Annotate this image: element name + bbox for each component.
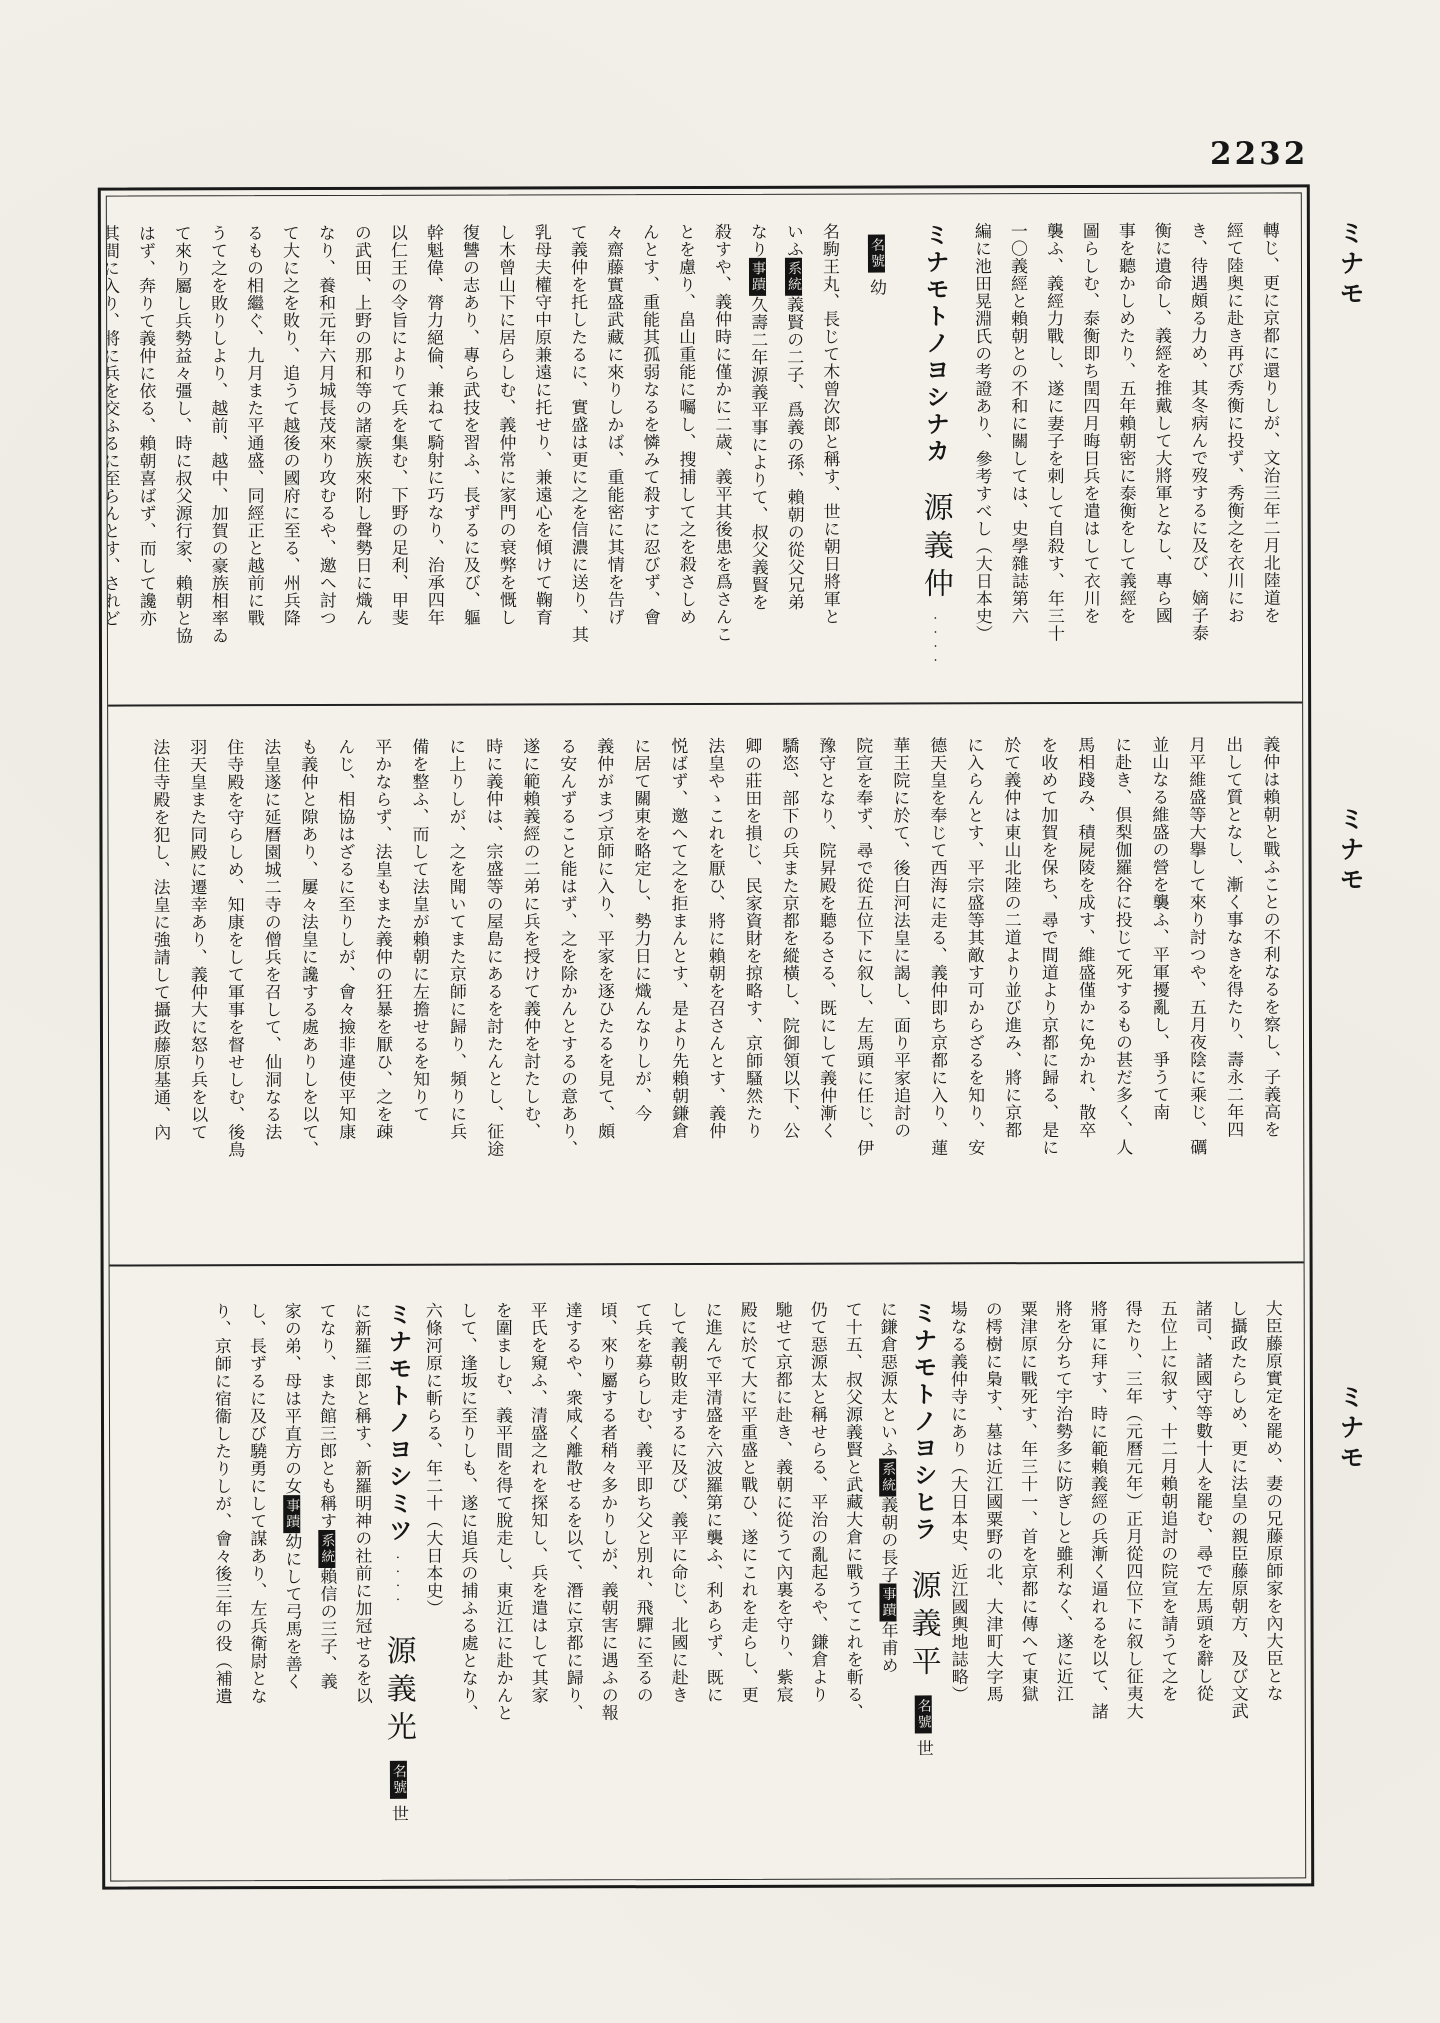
text-column: に上りしが、之を聞いてまた京師に歸り、頻りに兵	[437, 738, 475, 1256]
section-yoshihira-and-yoshimitsu: 大臣藤原實定を罷め、妻の兄藤原師家を內大臣となし攝政たらしめ、更に法皇の親臣藤原…	[110, 1261, 1306, 1880]
entry-kana-title: ミナモトノヨシミツ	[384, 1302, 412, 1545]
content-frame-inner: 轉じ、更に京都に還りしが、文治三年二月北陸道を經て陸奥に赴き再び秀衡に投ず、秀衡…	[106, 192, 1306, 1881]
text-column: に進んで平清盛を六波羅第に襲ふ、利あらず、既に	[695, 1301, 731, 1871]
thumb-index-tab: ミナモ	[1332, 806, 1368, 896]
text-column: を圍ましむ、義平間を得て脫走し、東近江に赴かんと	[485, 1301, 521, 1871]
text-column: 復讐の志あり、專ら武技を習ふ、長ずるに及び、軀	[451, 224, 488, 696]
text-column: 其間に入り、將に兵を交ふるに至らんとす、されど	[107, 225, 128, 697]
text-column: 備を整ふ、而して法皇が賴朝に左擔せるを知りて	[400, 738, 438, 1256]
text-column: 法皇やゝこれを厭ひ、將に賴朝を召さんとす、義仲	[696, 737, 734, 1255]
text-column: 經て陸奥に赴き再び秀衡に投ず、秀衡之を衣川にお	[1215, 222, 1252, 694]
text-column: て兵を募らしむ、義平即ち父と別れ、飛驒に至るの	[625, 1301, 661, 1871]
text-column: 五位上に叙す、十二月賴朝追討の院宣を請うて之を	[1150, 1300, 1186, 1870]
text-column: 殿に於て大に平重盛と戰ひ、遂にこれを走らし、更	[730, 1301, 766, 1871]
text-column: 遂に範賴義經の二弟に兵を授けて義仲を討たしむ、	[511, 737, 549, 1255]
text-column: し木曾山下に居らしむ、義仲常に家門の衰弊を慨し	[487, 223, 524, 695]
text-column: 乳母夫權守中原兼遠に托せり、兼遠心を傾けて鞠育	[523, 223, 560, 695]
text-column: 圖らしむ、泰衡即ち閏四月晦日兵を遣はして衣川を	[1071, 222, 1108, 694]
scanned-book-page: 2232 ミナモ ミナモ ミナモ 轉じ、更に京都に還りしが、文治三年二月北陸道を…	[0, 0, 1440, 2023]
field-label: 名號	[915, 1695, 932, 1733]
lead-character: 世	[389, 1805, 408, 1823]
emphasis-dots: ・・・・	[930, 613, 940, 669]
text-column: 並山なる維盛の營を襲ふ、平軍擾亂し、爭うて南	[1140, 736, 1178, 1254]
text-column: 華王院に於て、後白河法皇に謁し、面り平家追討の	[881, 736, 919, 1254]
text-column: 出して質となし、漸く事なきを得たり、壽永二年四	[1214, 736, 1252, 1254]
thumb-index-tab: ミナモ	[1332, 220, 1368, 310]
text-column: とを慮り、畠山重能に囑し、搜捕して之を殺さしめ	[667, 223, 704, 695]
field-label: 事蹟	[879, 1584, 896, 1622]
text-column: 一〇義經と賴朝との不和に關しては、史學雜誌第六	[999, 222, 1036, 694]
text-column: 六條河原に斬らる、年二十（大日本史）	[415, 1302, 451, 1872]
entry-name: 源義光	[382, 1635, 415, 1749]
text-column: に鎌倉惡源太といふ系統義朝の長子事蹟年甫め	[870, 1300, 906, 1870]
entry-heading: ミナモトノヨシナカ源義仲・・・・名號幼	[847, 222, 964, 694]
entry-kana-title: ミナモトノヨシナカ	[921, 222, 949, 465]
content-frame: 轉じ、更に京都に還りしが、文治三年二月北陸道を經て陸奥に赴き再び秀衡に投ず、秀衡…	[98, 184, 1314, 1889]
field-label: 事蹟	[749, 258, 766, 296]
text-column: 達するや、衆咸く離散せるを以て、潛に京都に歸り、	[555, 1301, 591, 1871]
text-column: を收めて加賀を保ち、尋で間道より京都に歸る、是に	[1029, 736, 1067, 1254]
section-yoshinaka-continued: 義仲は賴朝と戰ふことの不利なるを察し、子義高を出して質となし、漸く事なきを得たり…	[108, 701, 1303, 1264]
text-column: 大臣藤原實定を罷め、妻の兄藤原師家を內大臣とな	[1255, 1299, 1291, 1869]
text-column: て來り屬し兵勢益々彊し、時に叔父源行家、賴朝と協	[163, 224, 200, 696]
text-column: 時に義仲は、宗盛等の屋島にあるを討たんとし、征途	[474, 738, 512, 1256]
text-column: り、京師に宿衞したりしが、會々後三年の役（補遺	[204, 1302, 240, 1872]
text-column: 卿の莊田を損じ、民家資財を掠略す、京師騷然たり	[733, 737, 771, 1255]
text-column: 將を分ちて宇治勢多に防ぎしと雖利なく、遂に近江	[1045, 1300, 1081, 1870]
text-column: し、長ずるに及び驍勇にして謀あり、左兵衛尉とな	[239, 1302, 275, 1872]
text-column: いふ系統義賢の二子、爲義の孫、賴朝の從父兄弟	[775, 223, 812, 695]
thumb-index-tab: ミナモ	[1332, 1384, 1368, 1474]
field-label: 系統	[879, 1458, 896, 1496]
text-column: うて之を敗りしより、越前、越中、加賀の豪族相率ゐ	[199, 224, 236, 696]
text-column: 馬相踐み、積屍陵を成す、維盛僅かに免かれ、散卒	[1066, 736, 1104, 1254]
text-column: 得たり、三年（元曆元年）正月從四位下に叙し征夷大	[1115, 1300, 1151, 1870]
section-minamoto-no-yoshinaka: 轉じ、更に京都に還りしが、文治三年二月北陸道を經て陸奥に赴き再び秀衡に投ず、秀衡…	[107, 193, 1302, 704]
entry-heading: ミナモトノヨシヒラ源義平名號世	[905, 1300, 941, 1870]
text-column: 院宣を奉ず、尋で從五位下に叙し、左馬頭に任じ、伊	[844, 737, 882, 1255]
text-column: の武田、上野の那和等の諸豪族來附し聲勢日に熾ん	[343, 224, 380, 696]
text-column: 德天皇を奉じて西海に走る、義仲即ち京都に入り、蓮	[918, 736, 956, 1254]
text-column: 以仁王の令旨によりて兵を集む、下野の足利、甲斐	[379, 224, 416, 696]
text-column: 法住寺殿を犯し、法皇に強請して攝政藤原基通、內	[141, 738, 179, 1256]
text-column: の樗樹に梟す、墓は近江國粟野の北、大津町大字馬	[975, 1300, 1011, 1870]
text-column: 襲ふ、義經力戰し、遂に妻子を刺して自殺す、年三十	[1035, 222, 1072, 694]
page-number: 2232	[1210, 136, 1308, 172]
text-column: 義仲がまづ京師に入り、平家を逐ひたるを見て、頗	[585, 737, 623, 1255]
text-column: き、待遇頗る力め、其冬病んで歿するに及び、嫡子泰	[1179, 222, 1216, 694]
text-column: 編に池田晃淵氏の考證あり、參考すべし（大日本史）	[963, 222, 1000, 694]
lead-character: 幼	[867, 279, 886, 297]
text-column: んじ、相協はざるに至りしが、會々撿非違使平知康	[326, 738, 364, 1256]
text-column: 平かならず、法皇もまた義仲の狂暴を厭ひ、之を疎	[363, 738, 401, 1256]
field-label: 系統	[318, 1529, 335, 1567]
field-label: 名號	[868, 235, 885, 273]
text-column: て大に之を敗り、追うて越後の國府に至る、州兵降	[271, 224, 308, 696]
text-column: 轉じ、更に京都に還りしが、文治三年二月北陸道を	[1251, 221, 1288, 693]
text-column: 於て義仲は東山北陸の二道より並び進み、將に京都	[992, 736, 1030, 1254]
text-column: 悦ばず、邀へて之を拒まんとす、是より先賴朝鎌倉	[659, 737, 697, 1255]
entry-name: 源義平	[906, 1569, 939, 1683]
text-column: 諸司、諸國守等數十人を罷む、尋で左馬頭を辭し從	[1185, 1300, 1221, 1870]
text-column: 義仲は賴朝と戰ふことの不利なるを察し、子義高を	[1251, 735, 1289, 1253]
entry-name: 源義仲	[919, 491, 952, 605]
text-column: 頃、來り屬する者稍々多かりしが、義朝害に遇ふの報	[590, 1301, 626, 1871]
text-column: 衡に遺命し、義經を推戴して大將軍となし、專ら國	[1143, 222, 1180, 694]
text-column: 月平維盛等大擧して來り討つや、五月夜陰に乘じ、礪	[1177, 736, 1215, 1254]
field-label: 事蹟	[283, 1495, 300, 1533]
text-column: 仍て惡源太と稱せらる、平治の亂起るや、鎌倉より	[800, 1301, 836, 1871]
text-column: 場なる義仲寺にあり（大日本史、近江國輿地誌略）	[940, 1300, 976, 1870]
entry-heading: ミナモトノヨシミツ・・・・源義光名號世	[379, 1302, 416, 1872]
entry-kana-title: ミナモトノヨシヒラ	[909, 1300, 937, 1543]
text-column: に新羅三郎と稱す、新羅明神の社前に加冠せるを以	[344, 1302, 380, 1872]
text-column: に居て關東を略定し、勢力日に熾んなりしが、今	[622, 737, 660, 1255]
text-column: 殺すや、義仲時に僅かに二歳、義平其後患を爲さんこ	[703, 223, 740, 695]
text-column: 豫守となり、院昇殿を聽るさる、既にして義仲漸く	[807, 737, 845, 1255]
text-column: 々齋藤實盛武藏に來りしかば、重能密に其情を告げ	[595, 223, 632, 695]
text-column: なり、養和元年六月城長茂來り攻むるや、邀へ討つ	[307, 224, 344, 696]
text-column: 羽天皇また同殿に遷幸あり、義仲大に怒り兵を以て	[178, 738, 216, 1256]
text-column: 幹魁偉、膂力絕倫、兼ねて騎射に巧なり、治承四年	[415, 224, 452, 696]
text-column: んとす、重能其孤弱なるを憐みて殺すに忍びず、會	[631, 223, 668, 695]
field-label: 名號	[390, 1761, 407, 1799]
text-column: なり事蹟久壽二年源義平事によりて、叔父義賢を	[739, 223, 776, 695]
text-column: 將軍に拜す、時に範賴義經の兵漸く逼れるを以て、諸	[1080, 1300, 1116, 1870]
text-column: 驕恣、部下の兵また京都を縱橫し、院御領以下、公	[770, 737, 808, 1255]
text-column: 住寺殿を守らしめ、知康をして軍事を督せしむ、後鳥	[215, 738, 253, 1256]
emphasis-dots: ・・・・	[392, 1553, 402, 1609]
text-column: て義仲を托したるに、實盛は更に之を信濃に送り、其	[559, 223, 596, 695]
text-column: る安んずること能はず、之を除かんとするの意あり、	[548, 737, 586, 1255]
lead-character: 世	[914, 1739, 933, 1757]
text-column: るもの相繼ぐ、九月また平通盛、同經正と越前に戰	[235, 224, 272, 696]
text-column: して、逢坂に至りしも、遂に追兵の捕ふる處となり、	[450, 1302, 486, 1872]
text-column: はず、奔りて義仲に依る、賴朝喜ばず、而して讒亦	[127, 224, 164, 696]
text-column: 平氏を窺ふ、清盛之れを探知し、兵を遣はして其家	[520, 1301, 556, 1871]
text-column: 家の弟、母は平直方の女事蹟幼にして弓馬を善く	[274, 1302, 310, 1872]
text-column: に入らんとす、平宗盛等其敵す可からざるを知り、安	[955, 736, 993, 1254]
field-label: 系統	[785, 258, 802, 296]
text-column: 法皇遂に延曆園城二寺の僧兵を召して、仙洞なる法	[252, 738, 290, 1256]
text-column: 粟津原に戰死す、年三十一、首を京都に傳へて東獄	[1010, 1300, 1046, 1870]
text-column: てなり、また館三郎とも稱す系統賴信の三子、義	[309, 1302, 345, 1872]
text-column: 事を聽かしめたり、五年賴朝密に泰衡をして義經を	[1107, 222, 1144, 694]
text-column: て十五、叔父源義賢と武藏大倉に戰うてこれを斬る、	[835, 1301, 871, 1871]
text-column: 馳せて京都に赴き、義朝に從うて內裏を守り、紫宸	[765, 1301, 801, 1871]
text-column: して義朝敗走するに及び、義平に命じ、北國に赴き	[660, 1301, 696, 1871]
text-column: も義仲と隙あり、屢々法皇に讒する處ありしを以て、	[289, 738, 327, 1256]
text-column: 名駒王丸、長じて木曾次郎と稱す、世に朝日將軍と	[811, 223, 848, 695]
text-column: し攝政たらしめ、更に法皇の親臣藤原朝方、及び文武	[1220, 1300, 1256, 1870]
text-column: に赴き、倶梨伽羅谷に投じて死するもの甚だ多く、人	[1103, 736, 1141, 1254]
